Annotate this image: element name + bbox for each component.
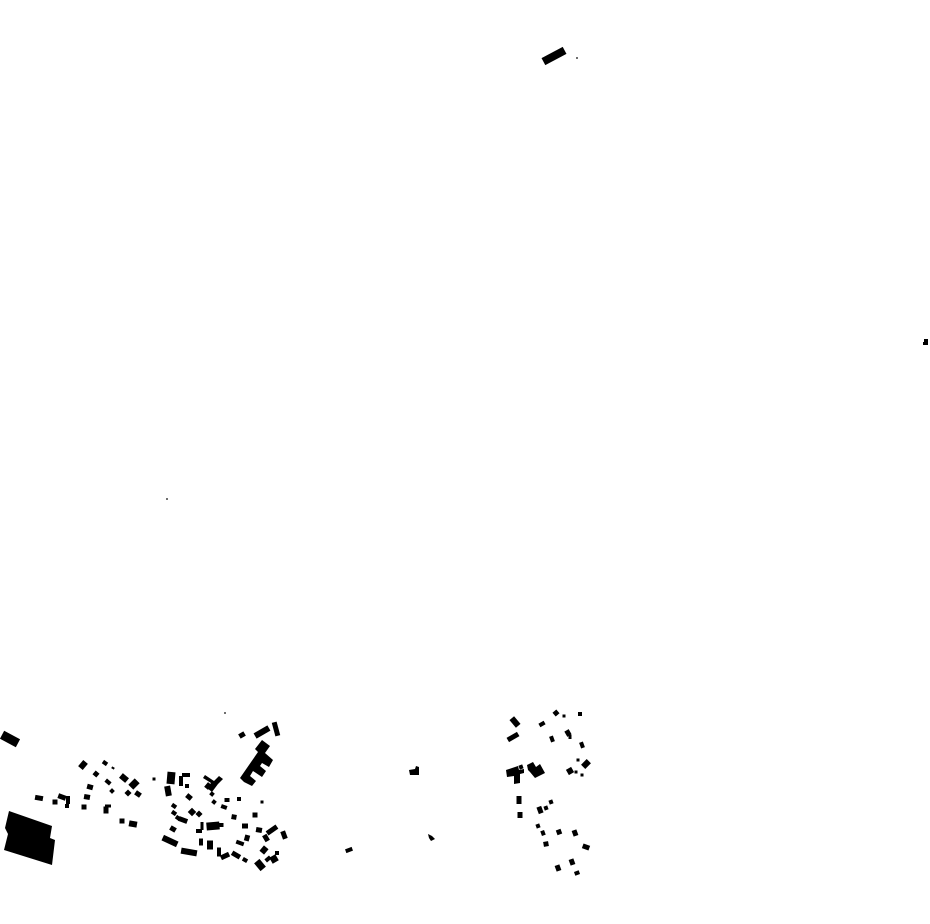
east-hamlet-cluster — [506, 709, 591, 875]
building — [171, 810, 177, 816]
building — [569, 858, 576, 865]
building — [231, 851, 241, 860]
building — [428, 834, 435, 841]
building — [555, 864, 562, 871]
building — [507, 732, 520, 742]
building — [134, 790, 142, 798]
building — [237, 797, 241, 801]
building — [527, 762, 545, 778]
building — [92, 770, 99, 777]
north-isolated-building — [542, 47, 578, 65]
building — [182, 773, 190, 777]
building — [166, 498, 168, 500]
building-footprint-map — [0, 0, 930, 924]
building — [275, 851, 279, 855]
building — [181, 848, 198, 857]
building — [35, 795, 44, 801]
building — [254, 859, 266, 871]
building — [582, 843, 590, 850]
building — [574, 870, 580, 875]
building — [153, 778, 156, 781]
building — [569, 735, 572, 739]
building — [542, 47, 567, 65]
building — [203, 775, 223, 792]
building — [53, 800, 58, 805]
building — [566, 767, 574, 775]
building — [82, 805, 87, 810]
building — [219, 823, 224, 827]
building — [272, 722, 280, 737]
building — [236, 840, 245, 846]
building — [86, 784, 93, 790]
building — [254, 725, 271, 738]
building — [518, 764, 523, 769]
building — [188, 808, 196, 816]
building — [538, 721, 545, 727]
building — [253, 813, 258, 818]
building — [231, 814, 237, 820]
building — [220, 852, 230, 860]
building — [923, 339, 928, 345]
building — [57, 793, 66, 800]
building — [220, 804, 227, 810]
building — [581, 759, 591, 769]
building — [345, 847, 353, 853]
building — [78, 760, 88, 770]
building — [224, 712, 226, 714]
building — [128, 778, 139, 789]
building — [548, 799, 553, 804]
building — [266, 825, 279, 836]
building — [109, 788, 115, 794]
building — [242, 857, 248, 863]
building — [124, 789, 131, 796]
building — [169, 825, 177, 832]
building — [185, 793, 193, 801]
building — [0, 731, 20, 747]
building — [581, 774, 584, 777]
central-village-cluster — [161, 722, 287, 871]
building — [104, 779, 111, 786]
building — [111, 766, 115, 769]
building — [579, 741, 585, 748]
building — [536, 806, 543, 814]
building — [517, 796, 522, 804]
building — [563, 715, 566, 718]
building — [84, 794, 91, 800]
building — [161, 835, 178, 847]
building — [4, 811, 55, 865]
building — [578, 712, 582, 716]
building — [244, 834, 250, 841]
building — [256, 827, 263, 833]
middle-scatter-cluster — [166, 498, 435, 853]
building — [199, 839, 203, 846]
building — [556, 829, 562, 835]
east-isolated-building — [923, 339, 928, 345]
building — [185, 784, 189, 788]
building — [195, 810, 202, 817]
west-village-cluster — [35, 760, 156, 828]
building — [179, 776, 183, 786]
building — [238, 731, 246, 738]
west-large-building-cluster — [0, 731, 55, 865]
building — [259, 845, 268, 854]
building — [211, 799, 217, 805]
building — [178, 816, 188, 824]
building — [65, 804, 69, 808]
building — [104, 807, 109, 814]
building — [261, 801, 264, 804]
building — [217, 848, 221, 857]
building — [535, 823, 540, 828]
building — [66, 796, 70, 804]
building — [269, 854, 279, 864]
building — [119, 773, 129, 783]
building — [207, 841, 213, 850]
building — [543, 841, 549, 847]
building — [409, 766, 419, 775]
building — [575, 771, 578, 774]
building — [171, 803, 177, 809]
building — [201, 822, 204, 830]
building — [509, 716, 520, 728]
building — [129, 820, 138, 827]
building — [164, 786, 172, 797]
building — [102, 760, 108, 766]
building — [552, 709, 559, 716]
building — [577, 759, 580, 762]
building — [540, 830, 545, 836]
building — [105, 805, 111, 808]
building — [166, 772, 175, 785]
building — [518, 812, 523, 818]
building — [549, 735, 555, 742]
building — [242, 824, 248, 829]
building — [206, 821, 220, 830]
building — [572, 829, 579, 836]
building — [543, 805, 548, 810]
building — [280, 830, 287, 839]
building — [120, 819, 125, 824]
building — [576, 57, 578, 59]
building — [240, 740, 273, 786]
building — [209, 791, 215, 797]
building — [225, 798, 230, 802]
